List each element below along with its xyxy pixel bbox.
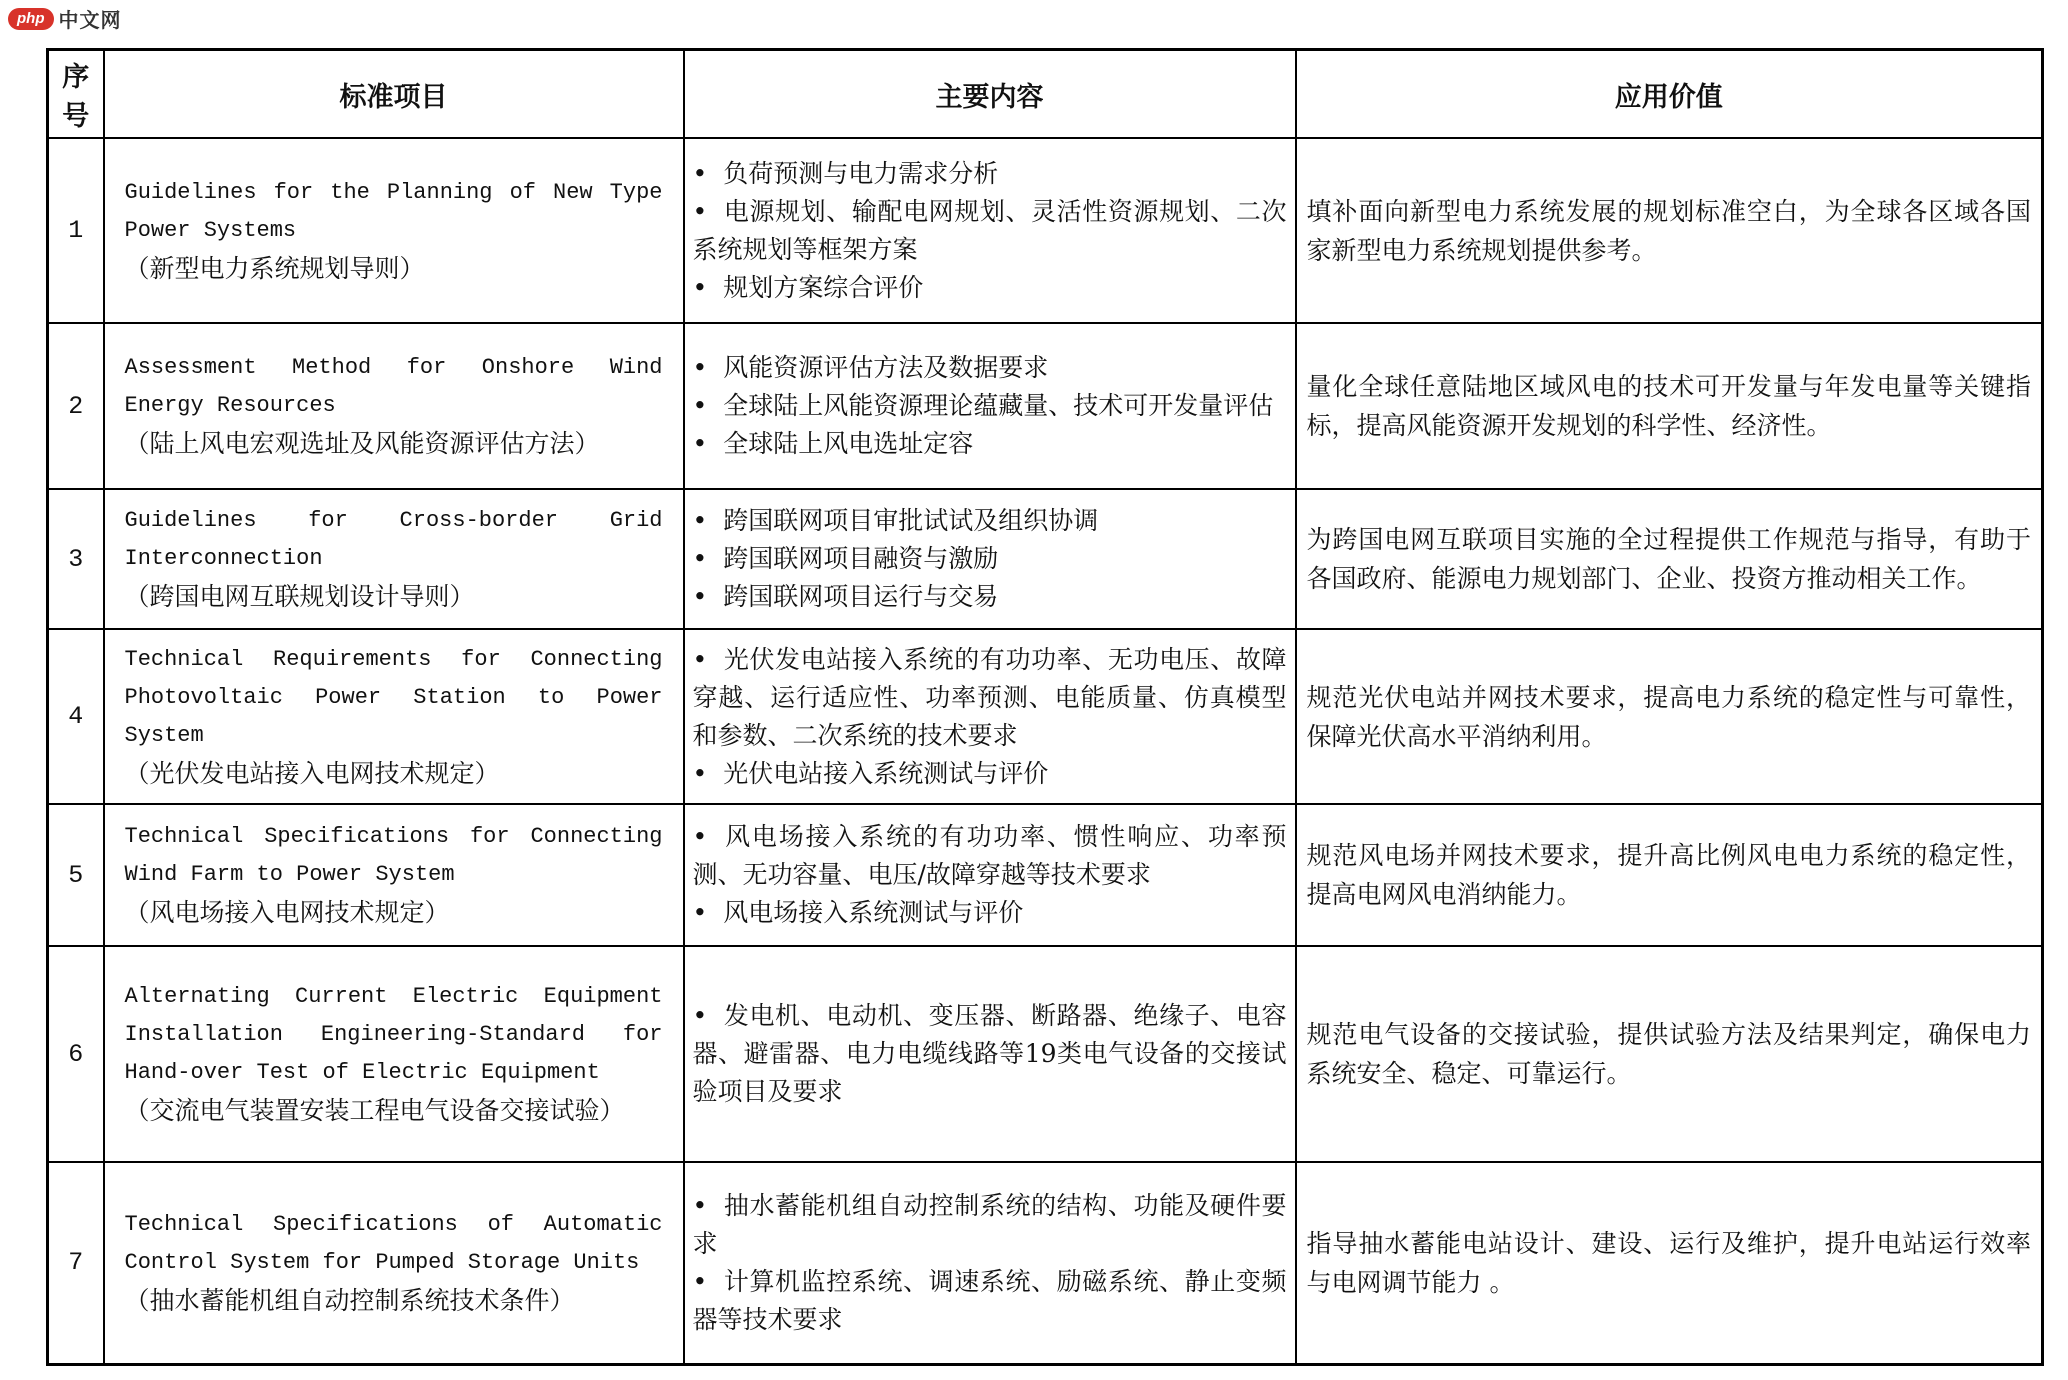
standard-name-en: Guidelines for the Planning of New Type … (125, 174, 663, 250)
standard-name-en: Alternating Current Electric Equipment I… (125, 978, 663, 1092)
standard-project-cell: Assessment Method for Onshore Wind Energ… (104, 323, 684, 489)
standard-project-cell: Guidelines for the Planning of New Type … (104, 138, 684, 323)
row-number: 4 (48, 629, 104, 804)
application-value-text: 量化全球任意陆地区域风电的技术可开发量与年发电量等关键指标，提高风能资源开发规划… (1307, 367, 2032, 445)
row-number: 2 (48, 323, 104, 489)
table-row: 4 Technical Requirements for Connecting … (48, 629, 2043, 804)
application-value-text: 指导抽水蓄能电站设计、建设、运行及维护，提升电站运行效率与电网调节能力 。 (1307, 1224, 2032, 1302)
standard-project-cell: Technical Specifications for Connecting … (104, 804, 684, 946)
col-header-content: 主要内容 (684, 50, 1296, 139)
standard-name-zh: （陆上风电宏观选址及风能资源评估方法） (125, 425, 663, 463)
site-logo[interactable]: php 中文网 (8, 4, 122, 33)
standard-name-zh: （交流电气装置安装工程电气设备交接试验） (125, 1092, 663, 1130)
table-row: 7 Technical Specifications of Automatic … (48, 1162, 2043, 1364)
table-row: 2 Assessment Method for Onshore Wind Ene… (48, 323, 2043, 489)
content-bullet: 光伏发电站接入系统的有功功率、无功电压、故障穿越、运行适应性、功率预测、电能质量… (693, 641, 1287, 755)
col-header-value: 应用价值 (1296, 50, 2043, 139)
main-content-cell: 发电机、电动机、变压器、断路器、绝缘子、电容器、避雷器、电力电缆线路等19类电气… (684, 946, 1296, 1162)
content-bullet: 抽水蓄能机组自动控制系统的结构、功能及硬件要求 (693, 1187, 1287, 1263)
application-value-cell: 规范电气设备的交接试验，提供试验方法及结果判定，确保电力系统安全、稳定、可靠运行… (1296, 946, 2043, 1162)
application-value-text: 为跨国电网互联项目实施的全过程提供工作规范与指导，有助于各国政府、能源电力规划部… (1307, 520, 2032, 598)
standard-project-cell: Technical Requirements for Connecting Ph… (104, 629, 684, 804)
standard-name-en: Technical Specifications for Connecting … (125, 818, 663, 894)
main-content-cell: 负荷预测与电力需求分析 电源规划、输配电网规划、灵活性资源规划、二次系统规划等框… (684, 138, 1296, 323)
standard-project-cell: Technical Specifications of Automatic Co… (104, 1162, 684, 1364)
standard-project-cell: Guidelines for Cross-border Grid Interco… (104, 489, 684, 629)
content-bullet: 全球陆上风能资源理论蕴藏量、技术可开发量评估 (693, 387, 1287, 425)
main-content-cell: 风电场接入系统的有功功率、惯性响应、功率预测、无功容量、电压/故障穿越等技术要求… (684, 804, 1296, 946)
standard-name-en: Guidelines for Cross-border Grid Interco… (125, 502, 663, 578)
application-value-text: 规范电气设备的交接试验，提供试验方法及结果判定，确保电力系统安全、稳定、可靠运行… (1307, 1015, 2032, 1093)
standards-table: 序号 标准项目 主要内容 应用价值 1 Guidelines for the P… (46, 48, 2044, 1366)
content-bullet: 风电场接入系统的有功功率、惯性响应、功率预测、无功容量、电压/故障穿越等技术要求 (693, 818, 1287, 894)
content-bullet: 负荷预测与电力需求分析 (693, 155, 1287, 193)
main-content-cell: 光伏发电站接入系统的有功功率、无功电压、故障穿越、运行适应性、功率预测、电能质量… (684, 629, 1296, 804)
row-number: 3 (48, 489, 104, 629)
content-bullet: 风能资源评估方法及数据要求 (693, 349, 1287, 387)
standard-name-zh: （新型电力系统规划导则） (125, 250, 663, 288)
table-row: 1 Guidelines for the Planning of New Typ… (48, 138, 2043, 323)
table-row: 6 Alternating Current Electric Equipment… (48, 946, 2043, 1162)
application-value-text: 规范光伏电站并网技术要求，提高电力系统的稳定性与可靠性，保障光伏高水平消纳利用。 (1307, 678, 2032, 756)
content-bullet: 风电场接入系统测试与评价 (693, 894, 1287, 932)
content-bullet: 跨国联网项目审批试试及组织协调 (693, 502, 1287, 540)
standard-name-en: Assessment Method for Onshore Wind Energ… (125, 349, 663, 425)
standard-name-zh: （光伏发电站接入电网技术规定） (125, 755, 663, 793)
col-header-no: 序号 (48, 50, 104, 139)
row-number: 5 (48, 804, 104, 946)
content-bullet: 发电机、电动机、变压器、断路器、绝缘子、电容器、避雷器、电力电缆线路等19类电气… (693, 997, 1287, 1111)
application-value-cell: 规范光伏电站并网技术要求，提高电力系统的稳定性与可靠性，保障光伏高水平消纳利用。 (1296, 629, 2043, 804)
standard-name-en: Technical Requirements for Connecting Ph… (125, 641, 663, 755)
php-logo-icon: php (8, 8, 54, 30)
application-value-cell: 填补面向新型电力系统发展的规划标准空白，为全球各区域各国家新型电力系统规划提供参… (1296, 138, 2043, 323)
table-row: 5 Technical Specifications for Connectin… (48, 804, 2043, 946)
standard-name-zh: （抽水蓄能机组自动控制系统技术条件） (125, 1282, 663, 1320)
table-row: 3 Guidelines for Cross-border Grid Inter… (48, 489, 2043, 629)
application-value-text: 填补面向新型电力系统发展的规划标准空白，为全球各区域各国家新型电力系统规划提供参… (1307, 192, 2032, 270)
main-content-cell: 抽水蓄能机组自动控制系统的结构、功能及硬件要求 计算机监控系统、调速系统、励磁系… (684, 1162, 1296, 1364)
col-header-project: 标准项目 (104, 50, 684, 139)
application-value-cell: 为跨国电网互联项目实施的全过程提供工作规范与指导，有助于各国政府、能源电力规划部… (1296, 489, 2043, 629)
standard-project-cell: Alternating Current Electric Equipment I… (104, 946, 684, 1162)
content-bullet: 跨国联网项目运行与交易 (693, 578, 1287, 616)
standard-name-zh: （风电场接入电网技术规定） (125, 894, 663, 932)
row-number: 6 (48, 946, 104, 1162)
site-logo-text: 中文网 (59, 4, 122, 33)
application-value-cell: 量化全球任意陆地区域风电的技术可开发量与年发电量等关键指标，提高风能资源开发规划… (1296, 323, 2043, 489)
application-value-cell: 规范风电场并网技术要求，提升高比例风电电力系统的稳定性，提高电网风电消纳能力。 (1296, 804, 2043, 946)
application-value-cell: 指导抽水蓄能电站设计、建设、运行及维护，提升电站运行效率与电网调节能力 。 (1296, 1162, 2043, 1364)
standard-name-en: Technical Specifications of Automatic Co… (125, 1206, 663, 1282)
content-bullet: 跨国联网项目融资与激励 (693, 540, 1287, 578)
standard-name-zh: （跨国电网互联规划设计导则） (125, 578, 663, 616)
table-header-row: 序号 标准项目 主要内容 应用价值 (48, 50, 2043, 139)
content-bullet: 光伏电站接入系统测试与评价 (693, 755, 1287, 793)
row-number: 1 (48, 138, 104, 323)
main-content-cell: 风能资源评估方法及数据要求 全球陆上风能资源理论蕴藏量、技术可开发量评估 全球陆… (684, 323, 1296, 489)
application-value-text: 规范风电场并网技术要求，提升高比例风电电力系统的稳定性，提高电网风电消纳能力。 (1307, 836, 2032, 914)
content-bullet: 规划方案综合评价 (693, 269, 1287, 307)
row-number: 7 (48, 1162, 104, 1364)
main-content-cell: 跨国联网项目审批试试及组织协调 跨国联网项目融资与激励 跨国联网项目运行与交易 (684, 489, 1296, 629)
content-bullet: 全球陆上风电选址定容 (693, 425, 1287, 463)
content-bullet: 计算机监控系统、调速系统、励磁系统、静止变频器等技术要求 (693, 1263, 1287, 1339)
content-bullet: 电源规划、输配电网规划、灵活性资源规划、二次系统规划等框架方案 (693, 193, 1287, 269)
